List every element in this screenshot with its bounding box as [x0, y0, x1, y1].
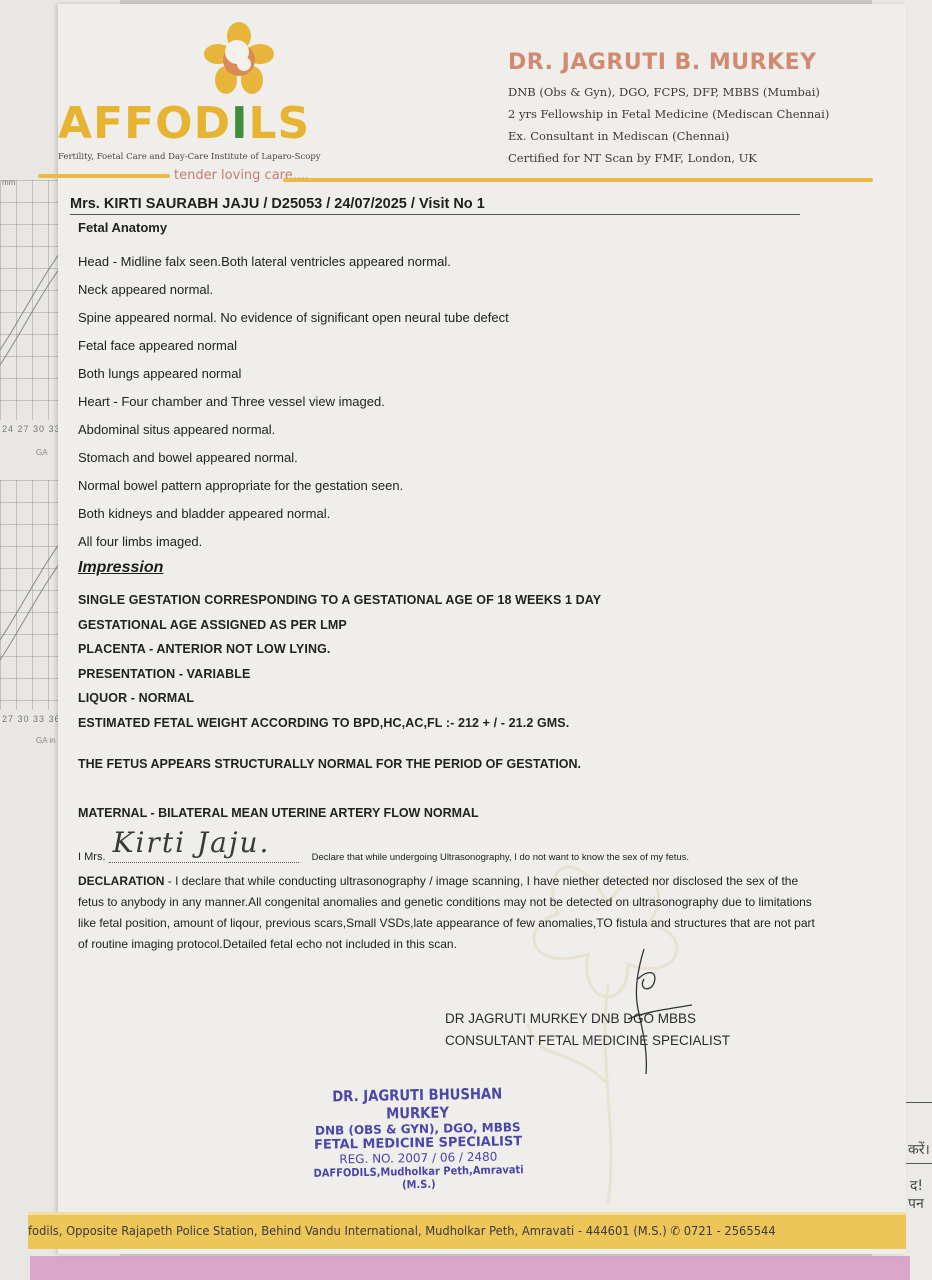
anatomy-finding: Spine appeared normal. No evidence of si…: [78, 304, 509, 332]
fetal-anatomy-heading: Fetal Anatomy: [78, 220, 167, 235]
anatomy-finding: Fetal face appeared normal: [78, 332, 509, 360]
doctor-details: DR. JAGRUTI B. MURKEY DNB (Obs & Gyn), D…: [508, 50, 888, 169]
declaration-text: - I declare that while conducting ultras…: [78, 874, 815, 951]
brand-text-part: AFFOD: [58, 98, 231, 149]
qualification-line: 2 yrs Fellowship in Fetal Medicine (Medi…: [508, 103, 888, 125]
patient-consent-line: I Mrs. Kirti Jaju. Declare that while un…: [78, 850, 818, 863]
daffodil-flower-icon: [204, 22, 274, 102]
brand-wordmark: AFFODILS: [58, 98, 310, 149]
growth-curve-bottom: [0, 480, 62, 710]
consent-prefix: I Mrs.: [78, 851, 106, 863]
chart-ticks-top: 24 27 30 33: [2, 424, 61, 434]
footer-address: fodils, Opposite Rajapeth Police Station…: [28, 1223, 776, 1238]
fetal-anatomy-list: Head - Midline falx seen.Both lateral ve…: [78, 248, 509, 556]
impression-item: LIQUOR - NORMAL: [78, 686, 601, 711]
qualification-line: DNB (Obs & Gyn), DGO, FCPS, DFP, MBBS (M…: [508, 81, 888, 103]
signature-field: Kirti Jaju.: [109, 850, 299, 863]
doctor-stamp: DR. JAGRUTI BHUSHAN MURKEY DNB (OBS & GY…: [287, 1084, 549, 1194]
brand-text-part: LS: [248, 98, 310, 149]
hindi-text-bottom-1: द!: [910, 1176, 923, 1195]
daffodils-logo: AFFODILS Fertility, Foetal Care and Day-…: [58, 22, 358, 182]
stamp-address: DAFFODILS,Mudholkar Peth,Amravati (M.S.): [301, 1163, 535, 1193]
anatomy-finding: Heart - Four chamber and Three vessel vi…: [78, 388, 509, 416]
qualification-line: Certified for NT Scan by FMF, London, UK: [508, 147, 888, 169]
declaration-label: DECLARATION: [78, 874, 164, 888]
pink-background-band: [30, 1256, 910, 1280]
impression-item: ESTIMATED FETAL WEIGHT ACCORDING TO BPD,…: [78, 711, 601, 736]
patient-info-line: Mrs. KIRTI SAURABH JAJU / D25053 / 24/07…: [70, 196, 800, 215]
anatomy-finding: Both kidneys and bladder appeared normal…: [78, 500, 509, 528]
doctor-name: DR. JAGRUTI B. MURKEY: [508, 50, 888, 75]
hindi-text-bottom-2: पन: [908, 1194, 924, 1213]
anatomy-finding: Abdominal situs appeared normal.: [78, 416, 509, 444]
declaration-paragraph: DECLARATION - I declare that while condu…: [78, 871, 818, 955]
impression-item: GESTATIONAL AGE ASSIGNED AS PER LMP: [78, 613, 601, 638]
impression-heading: Impression: [78, 559, 163, 577]
conclusion-statement: THE FETUS APPEARS STRUCTURALLY NORMAL FO…: [78, 757, 581, 771]
growth-curve-top: [0, 180, 62, 420]
institute-description: Fertility, Foetal Care and Day-Care Inst…: [58, 152, 321, 162]
hindi-text-mid: करें।: [908, 1140, 930, 1159]
signatory-title: CONSULTANT FETAL MEDICINE SPECIALIST: [445, 1030, 730, 1052]
impression-list: SINGLE GESTATION CORRESPONDING TO A GEST…: [78, 588, 601, 735]
brand-stem-letter: I: [231, 98, 248, 149]
stamp-name: DR. JAGRUTI BHUSHAN MURKEY: [303, 1084, 532, 1124]
signatory-name: DR JAGRUTI MURKEY DNB DGO MBBS: [445, 1008, 730, 1030]
footer-address-band: fodils, Opposite Rajapeth Police Station…: [28, 1212, 906, 1249]
doctor-signature-block: DR JAGRUTI MURKEY DNB DGO MBBS CONSULTAN…: [445, 1008, 730, 1052]
header-rule-right: [283, 178, 873, 182]
impression-item: PRESENTATION - VARIABLE: [78, 662, 601, 687]
qualification-line: Ex. Consultant in Mediscan (Chennai): [508, 125, 888, 147]
anatomy-finding: Stomach and bowel appeared normal.: [78, 444, 509, 472]
anatomy-finding: All four limbs imaged.: [78, 528, 509, 556]
patient-signature: Kirti Jaju.: [113, 826, 271, 859]
chart-ticks-bottom: 27 30 33 36: [2, 714, 61, 724]
chart-axis-label-bottom: GA in: [36, 736, 56, 745]
maternal-finding: MATERNAL - BILATERAL MEAN UTERINE ARTERY…: [78, 806, 479, 820]
report-page: AFFODILS Fertility, Foetal Care and Day-…: [58, 4, 906, 1254]
header-rule-left: [38, 174, 170, 178]
consent-text: Declare that while undergoing Ultrasonog…: [312, 852, 689, 863]
chart-axis-label-top: GA: [36, 448, 48, 457]
anatomy-finding: Neck appeared normal.: [78, 276, 509, 304]
impression-item: PLACENTA - ANTERIOR NOT LOW LYING.: [78, 637, 601, 662]
anatomy-finding: Head - Midline falx seen.Both lateral ve…: [78, 248, 509, 276]
impression-item: SINGLE GESTATION CORRESPONDING TO A GEST…: [78, 588, 601, 613]
anatomy-finding: Both lungs appeared normal: [78, 360, 509, 388]
anatomy-finding: Normal bowel pattern appropriate for the…: [78, 472, 509, 500]
